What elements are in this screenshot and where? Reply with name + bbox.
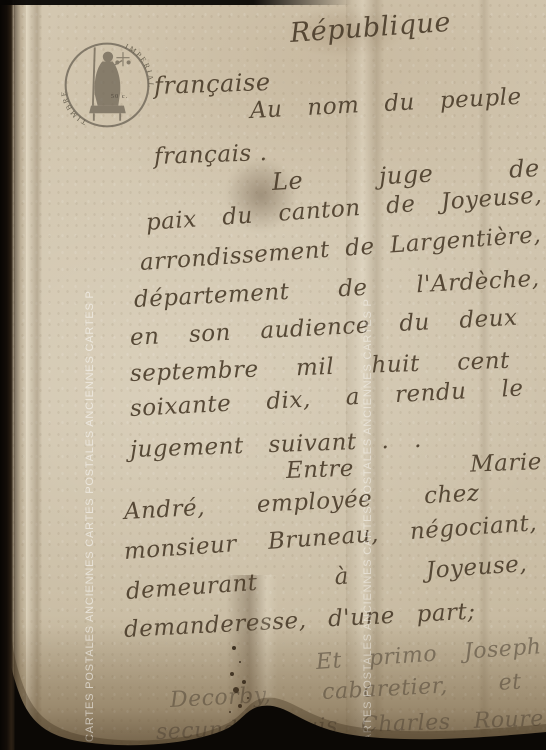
book-binding-edge <box>0 0 15 750</box>
top-dark-edge <box>0 0 352 5</box>
scanned-manuscript-page: 50 c. TIMBRE IMPERIAL République françai… <box>0 0 546 750</box>
burned-bottom-edge <box>0 0 546 750</box>
